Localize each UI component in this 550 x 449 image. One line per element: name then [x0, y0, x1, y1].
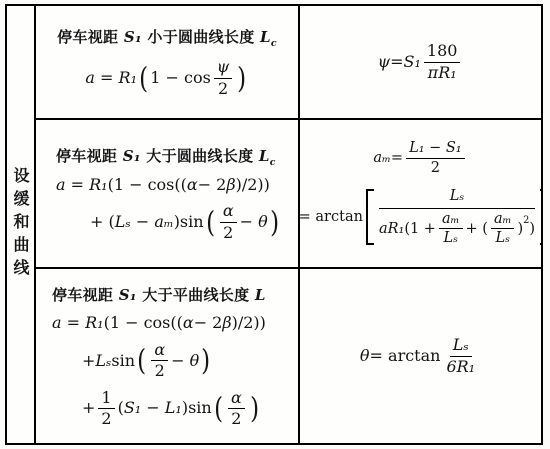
r2-title-text-2: 大于圆曲线长度: [141, 147, 259, 165]
r2r-theta: θ: [298, 208, 299, 226]
r2-result-cell: aₘ = L₁ − S₁ 2 θ = arctan Lₛ aR₁ (1 + aₘ…: [298, 118, 541, 267]
open-paren: (: [214, 394, 223, 423]
r1r-equals: =: [390, 52, 403, 72]
fraction-denominator: 2: [215, 79, 231, 98]
fraction-numerator: α: [151, 341, 168, 361]
r2-title-var-l: L: [259, 147, 270, 165]
r2-l1-alpha: α: [187, 175, 198, 195]
r1r-var-psi: ψ: [378, 52, 391, 72]
r1-formula-psi: ψ = S₁ 180 πR₁: [378, 42, 464, 82]
fraction: 180 πR₁: [424, 42, 461, 82]
r2r-den-end: ): [529, 220, 535, 238]
fraction: α 2: [228, 389, 245, 429]
row-group-header-cell: 设缓和曲线: [7, 6, 36, 443]
r1r-var-s1: S₁: [404, 52, 421, 72]
r3-formula-line3: + 1 2 ( S₁ − L₁ )sin ( α 2 ): [82, 389, 261, 429]
r3-l1-beta: β: [222, 313, 231, 333]
r2-l1-run1: (1 − cos((: [108, 175, 187, 195]
r3-condition-title: 停车视距 S₁ 大于平曲线长度 L: [52, 284, 266, 305]
r2-formula-line2: + ( Lₛ − aₘ )sin ( α 2 − θ ): [90, 202, 281, 242]
r1-result-cell: ψ = S₁ 180 πR₁: [298, 6, 541, 118]
r3-l2-tail: − θ: [171, 351, 199, 371]
formula-table: 设缓和曲线 停车视距 S₁ 小于圆曲线长度 Lc a = R₁ ( 1 − co…: [5, 4, 543, 445]
r3-l1-lead: a = R₁: [52, 313, 104, 333]
r3-l1-run2: − 2: [194, 313, 223, 333]
fraction-denominator: 2: [228, 409, 244, 428]
r1-title-text-1: 停车视距: [57, 28, 124, 46]
r3-formula-line2: + Lₛ sin ( α 2 − θ ): [82, 341, 213, 381]
r3-l3-plus: +: [82, 398, 95, 418]
r3-l3-vars: S₁ − L₁: [124, 398, 182, 418]
r2r-den-run2: + (: [466, 220, 488, 238]
fraction-numerator: aₘ: [439, 211, 463, 230]
fraction: 1 2: [98, 389, 114, 429]
fraction-denominator: 2: [220, 223, 236, 242]
close-paren: ): [250, 394, 259, 423]
r1-condition-cell: 停车视距 S₁ 小于圆曲线长度 Lc a = R₁ ( 1 − cos ψ 2 …: [36, 6, 298, 118]
fraction-numerator: Lₛ: [450, 336, 472, 356]
r1-f-body: 1 − cos: [150, 68, 211, 88]
r2-l2-vars: Lₛ − aₘ: [115, 212, 174, 232]
r2r-den-ar1: aR₁: [379, 220, 404, 238]
r1-f-lead: a = R₁: [85, 68, 137, 88]
r3-title-text-2: 大于平曲线长度: [137, 286, 255, 304]
big-fraction-denominator: aR₁ (1 + aₘ Lₛ + ( aₘ Lₛ ) 2 ): [379, 209, 535, 247]
r3-title-var-s1: S₁: [119, 286, 137, 304]
scanned-standard-table-page: { "header": { "label": "设缓和曲线" }, "r1": …: [0, 0, 550, 449]
fraction-denominator: 2: [152, 361, 168, 380]
open-paren: (: [206, 208, 215, 237]
r3-result-cell: θ = arctan Lₛ 6R₁: [298, 267, 541, 443]
fraction-numerator: 1: [98, 389, 114, 409]
fraction-numerator: ψ: [214, 58, 233, 78]
open-bracket: [366, 189, 374, 244]
big-fraction-numerator: Lₛ: [379, 187, 535, 208]
row-group-label: 设缓和曲线: [9, 167, 32, 282]
r2r-am-equals: =: [391, 149, 403, 167]
r2-l2-sin: )sin: [174, 212, 204, 232]
r3r-theta: θ: [360, 346, 370, 366]
r3-formula-theta: θ = arctan Lₛ 6R₁: [360, 336, 481, 376]
fraction-numerator: 180: [424, 42, 461, 62]
fraction: L₁ − S₁ 2: [406, 140, 465, 176]
r2-l1-run2: − 2: [198, 175, 227, 195]
fraction-denominator: Lₛ: [492, 229, 513, 247]
r2r-den-run1: (1 +: [404, 220, 436, 238]
fraction-denominator: 6R₁: [443, 357, 478, 376]
fraction-numerator: L₁ − S₁: [406, 140, 465, 159]
fraction-denominator: 2: [428, 159, 443, 177]
fraction: α 2: [220, 202, 237, 242]
r2-l1-beta: β: [226, 175, 235, 195]
r1-title-var-s1: S₁: [124, 28, 142, 46]
r2r-arctan: = arctan: [299, 208, 363, 226]
r3-l2-ls: Lₛ: [95, 351, 111, 371]
r3-l1-run1: (1 − cos((: [104, 313, 183, 333]
fraction-numerator: α: [220, 202, 237, 222]
r1-title-var-l-sub: c: [271, 38, 277, 49]
r1-condition-title: 停车视距 S₁ 小于圆曲线长度 Lc: [57, 26, 277, 49]
open-paren: (: [137, 346, 146, 375]
fraction: α 2: [151, 341, 168, 381]
r2-title-var-l-sub: c: [270, 157, 276, 168]
r3-formula-line1: a = R₁ (1 − cos(( α − 2 β )/2)): [52, 313, 266, 333]
r2-l1-lead: a = R₁: [56, 175, 108, 195]
fraction: aₘ Lₛ: [491, 211, 515, 247]
open-paren: (: [139, 64, 148, 93]
r2-l2-tail: − θ: [240, 212, 268, 232]
r3-l1-run3: )/2)): [232, 313, 266, 333]
r1-formula-a: a = R₁ ( 1 − cos ψ 2 ): [85, 58, 248, 98]
r3-l3-sin: )sin: [182, 398, 212, 418]
fraction: ψ 2: [214, 58, 233, 98]
fraction-numerator: α: [228, 389, 245, 409]
r2-formula-am: aₘ = L₁ − S₁ 2: [373, 140, 467, 176]
r2-title-var-s1: S₁: [123, 147, 141, 165]
r3-title-text-1: 停车视距: [52, 286, 119, 304]
r3-l1-alpha: α: [183, 313, 194, 333]
r3-condition-cell: 停车视距 S₁ 大于平曲线长度 L a = R₁ (1 − cos(( α − …: [36, 267, 298, 443]
fraction: aₘ Lₛ: [439, 211, 463, 247]
r3r-arctan: = arctan: [370, 346, 441, 366]
close-paren: ): [270, 208, 279, 237]
r2r-am: aₘ: [373, 149, 391, 167]
r2-condition-title: 停车视距 S₁ 大于圆曲线长度 Lc: [56, 145, 276, 168]
fraction-numerator: aₘ: [491, 211, 515, 230]
r2-l1-run3: )/2)): [236, 175, 270, 195]
r3-title-var-l: L: [255, 286, 266, 304]
r2-title-text-1: 停车视距: [56, 147, 123, 165]
r1-title-text-2: 小于圆曲线长度: [142, 28, 260, 46]
r2-l2-plus: + (: [90, 212, 115, 232]
r3-l2-sin: sin: [111, 351, 135, 371]
close-paren: ): [201, 346, 210, 375]
close-paren: ): [237, 64, 246, 93]
fraction-denominator: Lₛ: [440, 229, 461, 247]
fraction-denominator: 2: [98, 409, 114, 428]
close-bracket: [540, 189, 541, 244]
r3-l2-plus: +: [82, 351, 95, 371]
r2-condition-cell: 停车视距 S₁ 大于圆曲线长度 Lc a = R₁ (1 − cos(( α −…: [36, 118, 298, 267]
r1-title-var-l: L: [260, 28, 271, 46]
r2-formula-theta: θ = arctan Lₛ aR₁ (1 + aₘ Lₛ + ( aₘ Lₛ: [298, 187, 541, 246]
r2-formula-line1: a = R₁ (1 − cos(( α − 2 β )/2)): [56, 175, 270, 195]
big-fraction: Lₛ aR₁ (1 + aₘ Lₛ + ( aₘ Lₛ ) 2 ): [379, 187, 535, 246]
fraction-denominator: πR₁: [425, 63, 460, 82]
fraction: Lₛ 6R₁: [443, 336, 478, 376]
